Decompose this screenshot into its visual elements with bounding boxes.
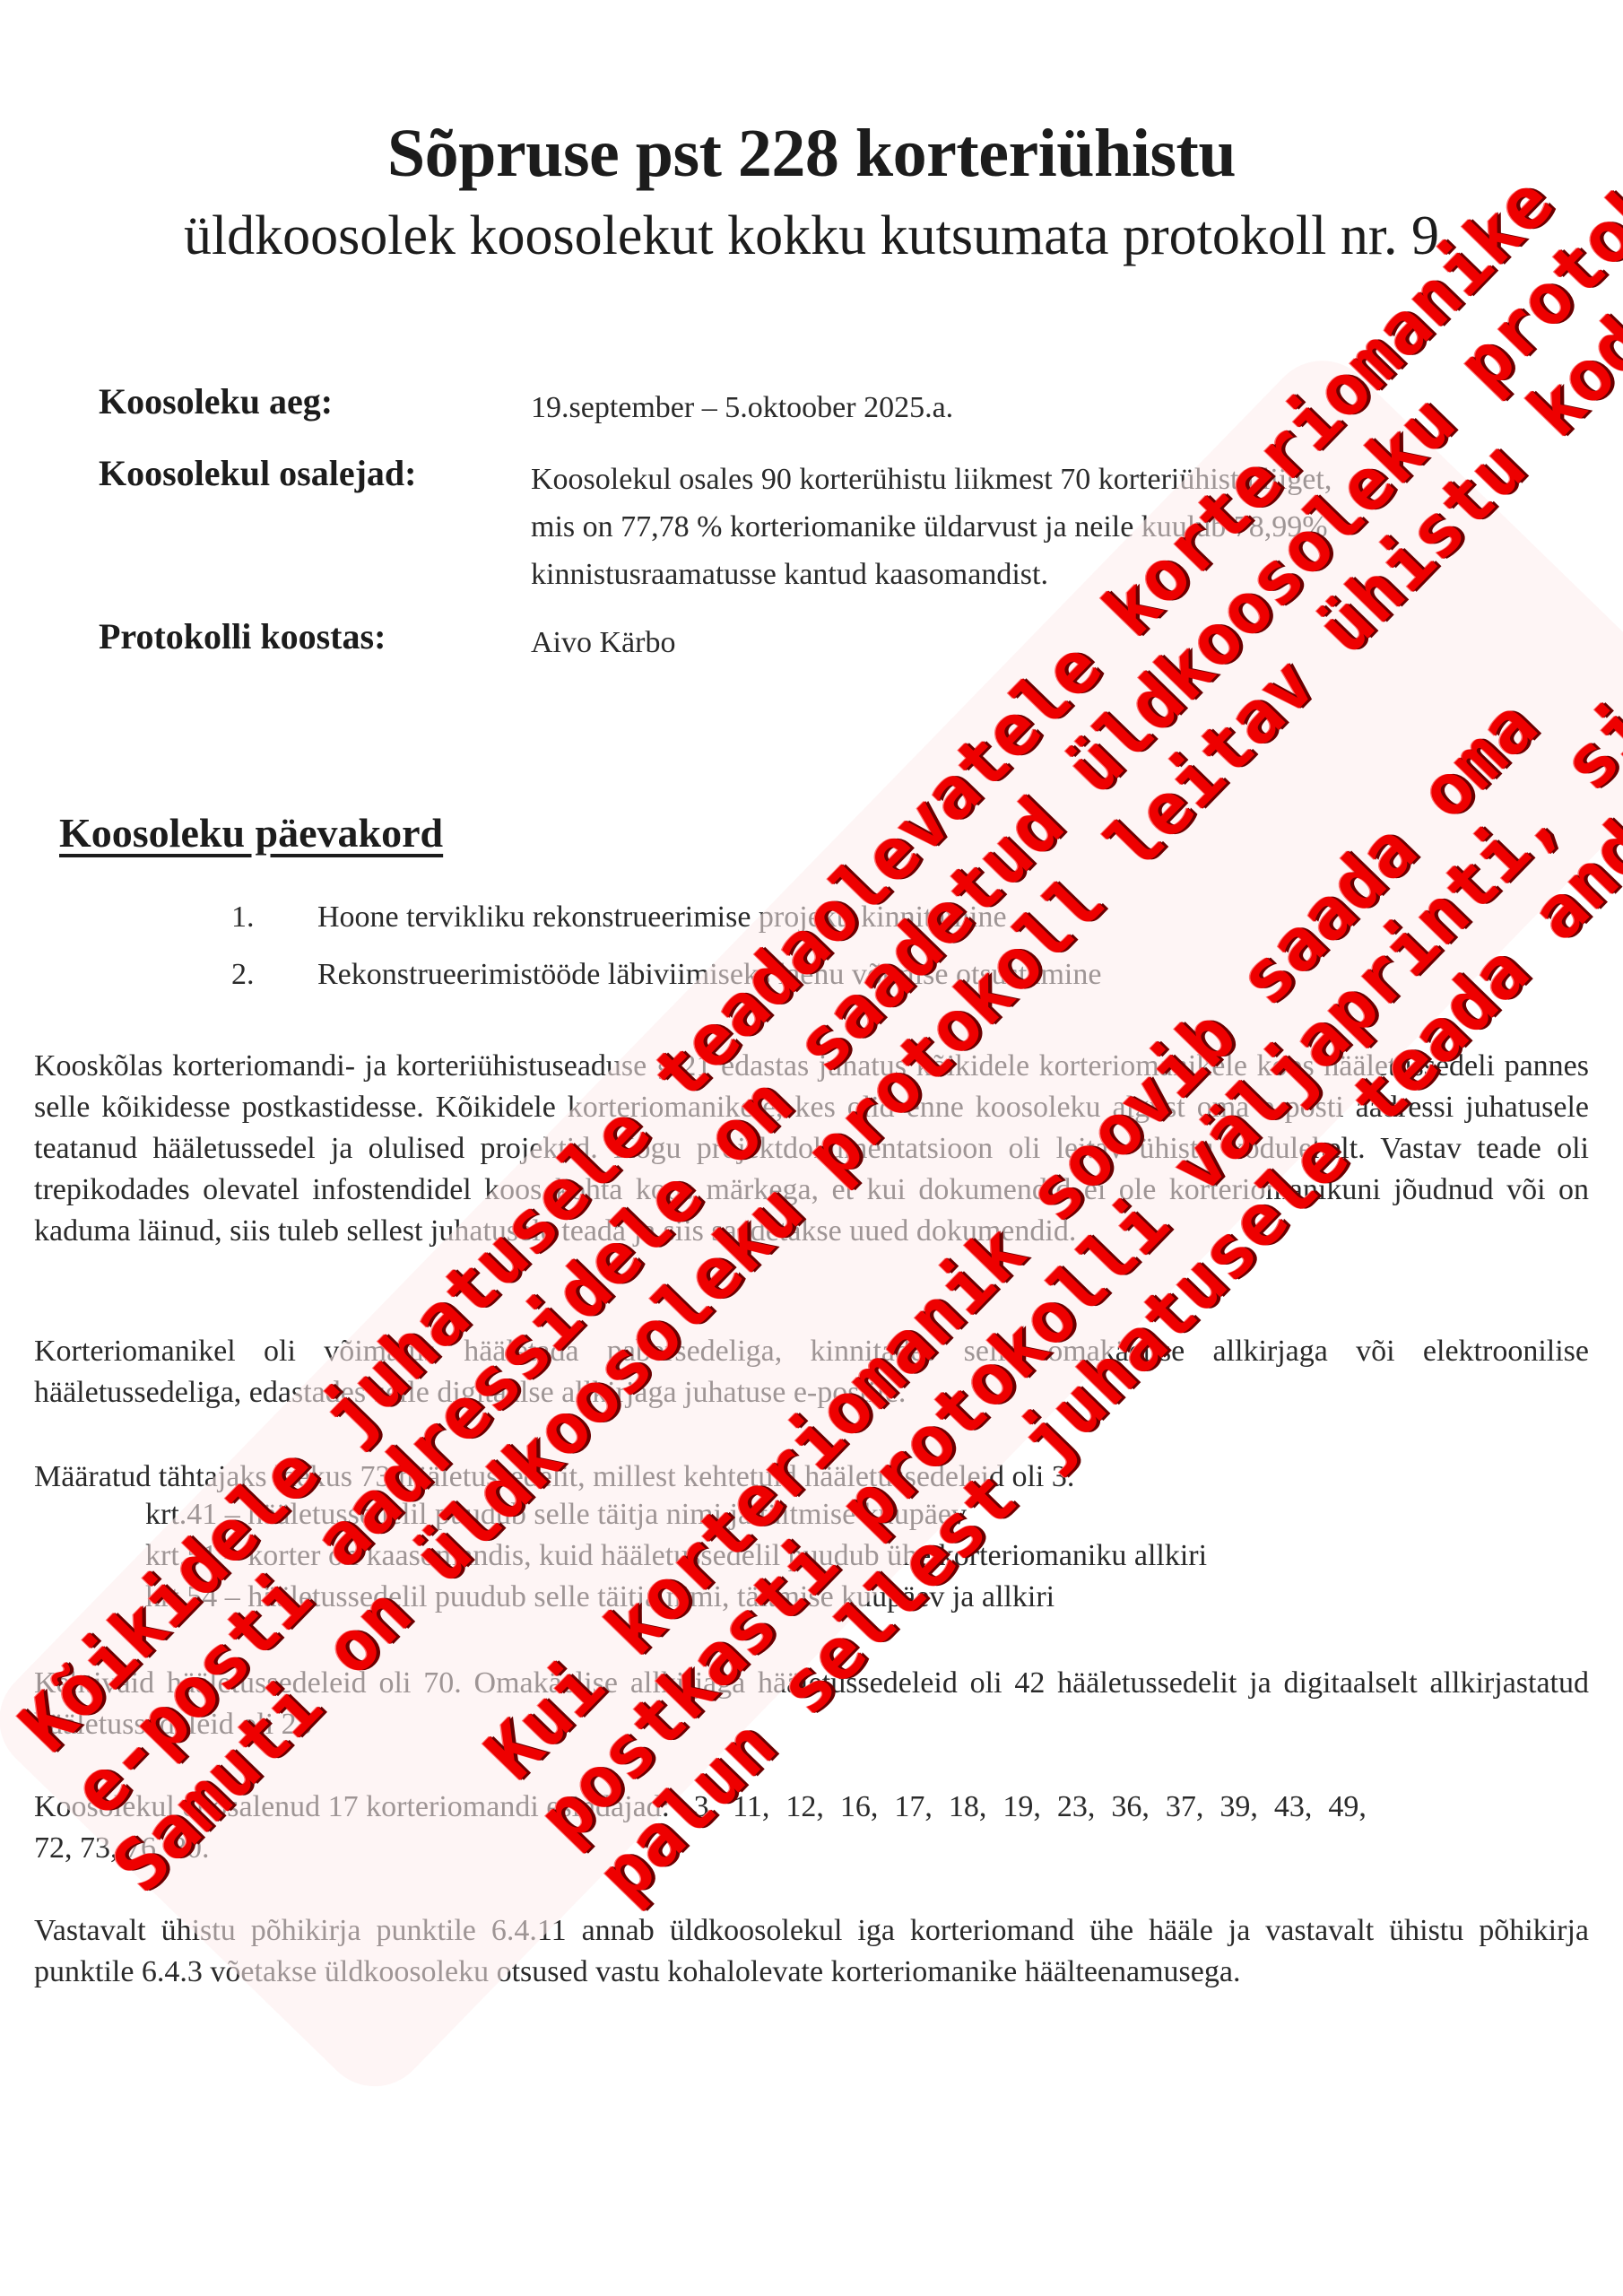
agenda-item: 1.Hoone tervikliku rekonstrueerimise pro…: [231, 900, 1007, 935]
agenda-item-text: Rekonstrueerimistööde läbiviimiseks laen…: [317, 958, 1101, 991]
paragraph-distribution: Kooskõlas korteriomandi- ja korteriühist…: [34, 1046, 1589, 1252]
participants-label: Koosolekul osalejad:: [99, 452, 416, 494]
absent-apartment-number: 16,: [840, 1787, 879, 1828]
author-label: Protokolli koostas:: [99, 615, 386, 657]
absent-apartment-number: 12,: [785, 1787, 824, 1828]
agenda-item-text: Hoone tervikliku rekonstrueerimise proje…: [317, 900, 1007, 934]
document-page: Sõpruse pst 228 korteriühistu üldkoosole…: [0, 0, 1623, 2296]
absent-apartments-line-2: 72, 73, 76, 80.: [34, 1828, 1589, 1869]
agenda-item: 2.Rekonstrueerimistööde läbiviimiseks la…: [231, 958, 1101, 992]
paragraph-voting-methods: Korteriomanikel oli võimalus hääletada p…: [34, 1331, 1589, 1413]
absent-apartment-number: 18,: [949, 1787, 987, 1828]
absent-apartment-number: 49,: [1328, 1787, 1367, 1828]
absent-intro: Koosolekul ei osalenud 17 korteriomandi …: [34, 1790, 670, 1823]
absent-apartment-number: 19,: [1002, 1787, 1041, 1828]
participants-line: kinnistusraamatusse kantud kaasomandist.: [531, 551, 1517, 598]
absent-apartment-list: 3,11,12,16,17,18,19,23,36,37,39,43,49,: [678, 1790, 1367, 1823]
agenda-item-number: 1.: [231, 900, 317, 935]
paragraph-bylaws: Vastavalt ühistu põhikirja punktile 6.4.…: [34, 1910, 1589, 1993]
absent-apartment-number: 3,: [694, 1787, 717, 1828]
participants-line: mis on 77,78 % korteriomanike üldarvust …: [531, 503, 1517, 551]
absent-apartment-number: 39,: [1219, 1787, 1258, 1828]
absent-apartment-number: 23,: [1057, 1787, 1096, 1828]
participants-value: Koosolekul osales 90 korterühistu liikme…: [531, 456, 1517, 598]
agenda-item-number: 2.: [231, 958, 317, 992]
author-value: Aivo Kärbo: [531, 619, 1517, 666]
document-title: Sõpruse pst 228 korteriühistu: [0, 115, 1623, 193]
meeting-time-label: Koosoleku aeg:: [99, 380, 333, 422]
meeting-time-value: 19.september – 5.oktoober 2025.a.: [531, 384, 1517, 431]
absent-apartment-number: 37,: [1166, 1787, 1204, 1828]
absent-apartment-number: 36,: [1111, 1787, 1150, 1828]
paragraph-ballots-received: Määratud tähtajaks laekus 73 hääletussed…: [34, 1457, 1589, 1498]
absent-apartment-number: 17,: [894, 1787, 933, 1828]
agenda-heading: Koosoleku päevakord: [59, 809, 443, 857]
absent-apartment-number: 11,: [733, 1787, 769, 1828]
invalid-ballot-item: krt.41 – hääletussedelil puudub selle tä…: [145, 1498, 967, 1532]
invalid-ballot-item: krt.51 – korter on kaasomandis, kuid hää…: [145, 1539, 1207, 1573]
document-subtitle: üldkoosolek koosolekut kokku kutsumata p…: [0, 204, 1623, 268]
invalid-ballot-item: krt.54 – hääletussedelil puudub selle tä…: [145, 1580, 1055, 1614]
absent-apartment-number: 43,: [1274, 1787, 1313, 1828]
absent-apartments-line: Koosolekul ei osalenud 17 korteriomandi …: [34, 1787, 1589, 1828]
paragraph-valid-ballots: Kehtivaid hääletussedeleid oli 70. Omakä…: [34, 1663, 1589, 1745]
participants-line: Koosolekul osales 90 korterühistu liikme…: [531, 456, 1517, 503]
